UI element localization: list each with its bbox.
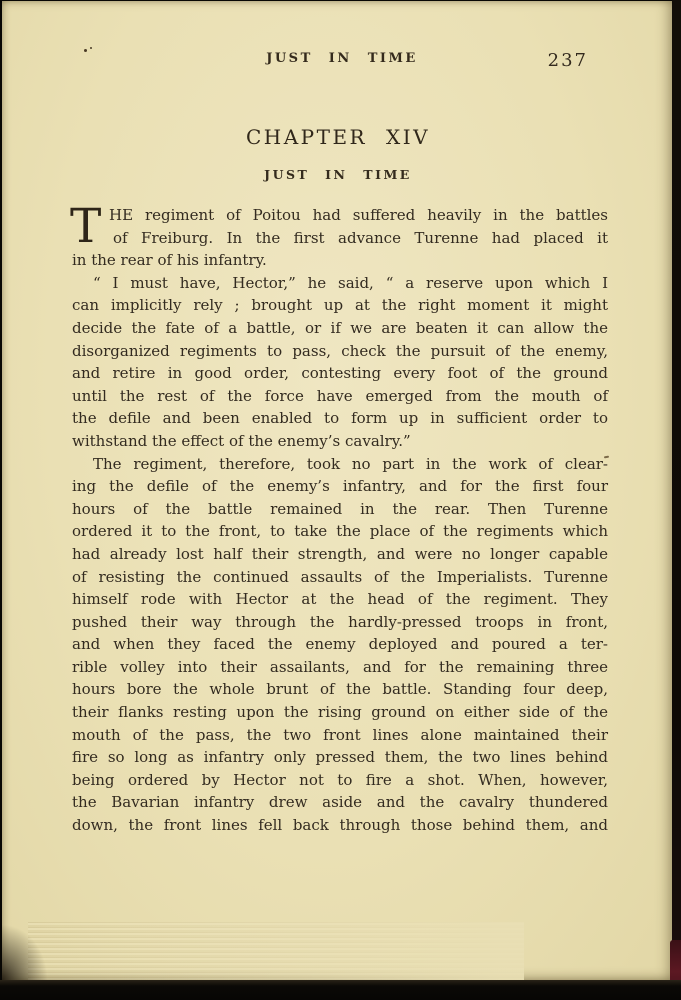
paragraph: The regiment, therefore, took no part in…: [72, 453, 608, 837]
text-line: can implicitly rely ; brought up at the …: [72, 294, 608, 317]
paragraph: “ I must have, Hector,” he said, “ a res…: [72, 272, 608, 453]
text-line: the Bavarian infantry drew aside and the…: [72, 791, 608, 814]
text-line: until the rest of the force have emerged…: [72, 385, 608, 408]
corner-shadow: [2, 924, 48, 980]
book-edge-shadow: [672, 0, 681, 1000]
text-line: being ordered by Hector not to fire a sh…: [72, 769, 608, 792]
text-line: down, the front lines fell back through …: [72, 814, 608, 837]
text-line: and when they faced the enemy deployed a…: [72, 633, 608, 656]
chapter-heading: CHAPTER XIV: [2, 125, 674, 149]
text-line: withstand the effect of the enemy’s cava…: [72, 430, 608, 453]
text-line: in the rear of his infantry.: [72, 249, 608, 272]
drop-cap: T: [70, 205, 101, 249]
text-line: The regiment, therefore, took no part in…: [72, 453, 608, 476]
text-line: had already lost half their strength, an…: [72, 543, 608, 566]
text-line: pushed their way through the hardly-pres…: [72, 611, 608, 634]
text-line: mouth of the pass, the two front lines a…: [72, 724, 608, 747]
bottom-dark-edge: [0, 980, 681, 1000]
text-line: hours of the battle remained in the rear…: [72, 498, 608, 521]
text-line: the defile and been enabled to form up i…: [72, 407, 608, 430]
running-head: JUST IN TIME: [72, 51, 612, 66]
chapter-subtitle: JUST IN TIME: [2, 167, 674, 182]
body-text: T HE regiment of Poitou had suffered hea…: [72, 204, 608, 837]
page-edges-fade: [28, 922, 524, 980]
text-line: “ I must have, Hector,” he said, “ a res…: [72, 272, 608, 295]
text-line: disorganized regiments to pass, check th…: [72, 340, 608, 363]
text-line: ing the defile of the enemy’s infantry, …: [72, 475, 608, 498]
text-line: ordered it to the front, to take the pla…: [72, 520, 608, 543]
text-line: of Freiburg. In the first advance Turenn…: [113, 227, 608, 250]
book-page-scan: JUST IN TIME 237 CHAPTER XIV JUST IN TIM…: [0, 0, 681, 1000]
page-number: 237: [548, 50, 588, 71]
text-line: of resisting the continued assaults of t…: [72, 566, 608, 589]
page-header: JUST IN TIME 237: [72, 51, 612, 71]
text-line: hours bore the whole brunt of the battle…: [72, 678, 608, 701]
page-paper: JUST IN TIME 237 CHAPTER XIV JUST IN TIM…: [2, 1, 674, 980]
text-line: and retire in good order, contesting eve…: [72, 362, 608, 385]
ink-speck: [90, 47, 92, 49]
text-line: himself rode with Hector at the head of …: [72, 588, 608, 611]
text-line: fire so long as infantry only pressed th…: [72, 746, 608, 769]
text-line: HE regiment of Poitou had suffered heavi…: [109, 204, 608, 227]
paragraph: T HE regiment of Poitou had suffered hea…: [72, 204, 608, 272]
text-line: their flanks resting upon the rising gro…: [72, 701, 608, 724]
text-line: decide the fate of a battle, or if we ar…: [72, 317, 608, 340]
text-line: rible volley into their assailants, and …: [72, 656, 608, 679]
